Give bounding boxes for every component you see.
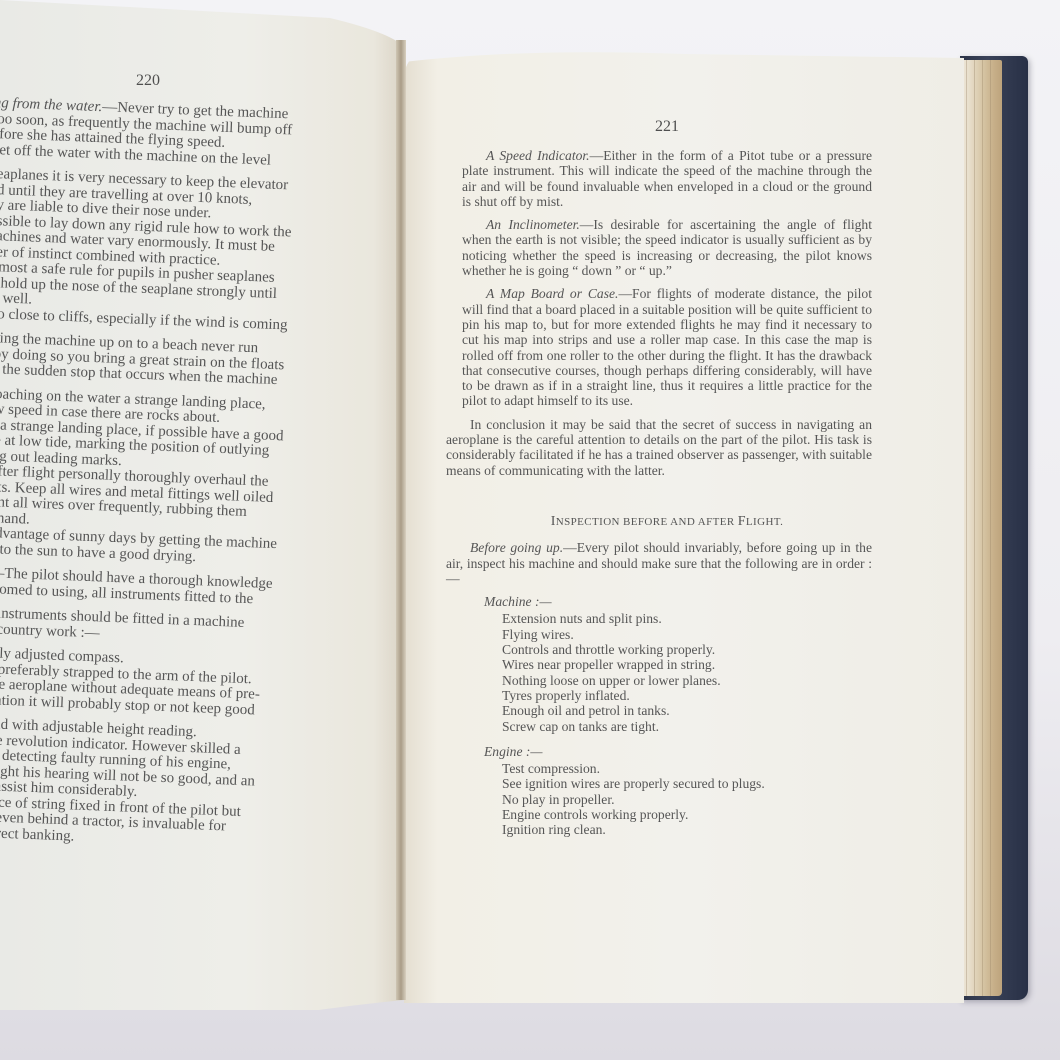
checklist-item: Tyres properly inflated. bbox=[502, 688, 872, 703]
checklist-item: Flying wires. bbox=[502, 627, 872, 642]
paragraph-before-going-up: Before going up.—Every pilot should inva… bbox=[446, 540, 872, 586]
right-page-number: 221 bbox=[655, 118, 679, 136]
heading-text: LIGHT. bbox=[746, 516, 783, 528]
right-page-text: A Speed Indicator.—Either in the form of… bbox=[462, 148, 872, 838]
engine-checklist: Test compression. See ignition wires are… bbox=[462, 761, 872, 837]
heading-text: NSPECTION BEFORE AND AFTER bbox=[556, 516, 738, 528]
checklist-item: See ignition wires are properly secured … bbox=[502, 776, 872, 791]
machine-heading: Machine :— bbox=[484, 594, 872, 609]
paragraph-lead: A Map Board or Case. bbox=[486, 286, 618, 301]
book-gutter bbox=[396, 40, 406, 1000]
checklist-item: Engine controls working properly. bbox=[502, 807, 872, 822]
paragraph-conclusion: In conclusion it may be said that the se… bbox=[446, 417, 872, 478]
paragraph-body: In conclusion it may be said that the se… bbox=[446, 417, 872, 478]
paragraph-lead: A Speed Indicator. bbox=[486, 148, 590, 163]
heading-initial: F bbox=[738, 514, 746, 529]
checklist-item: Controls and throttle working properly. bbox=[502, 642, 872, 657]
section-heading: INSPECTION BEFORE AND AFTER FLIGHT. bbox=[462, 514, 872, 530]
checklist-item: Wires near propeller wrapped in string. bbox=[502, 657, 872, 672]
checklist-item: Ignition ring clean. bbox=[502, 822, 872, 837]
paragraph-inclinometer: An Inclinometer.—Is desirable for ascert… bbox=[462, 217, 872, 278]
checklist-item: Enough oil and petrol in tanks. bbox=[502, 703, 872, 718]
book-photo: 220 ng from the water.—Never try to get … bbox=[0, 0, 1060, 1060]
paragraph-speed-indicator: A Speed Indicator.—Either in the form of… bbox=[462, 148, 872, 209]
paragraph-map-board: A Map Board or Case.—For flights of mode… bbox=[462, 286, 872, 408]
checklist-item: Screw cap on tanks are tight. bbox=[502, 719, 872, 734]
paragraph-body: —For flights of moderate distance, the p… bbox=[462, 286, 872, 408]
checklist-item: Nothing loose on upper or lower planes. bbox=[502, 673, 872, 688]
checklist-item: No play in propeller. bbox=[502, 792, 872, 807]
checklist-item: Extension nuts and split pins. bbox=[502, 611, 872, 626]
paragraph-lead: An Inclinometer. bbox=[486, 217, 580, 232]
page-edges bbox=[958, 60, 1002, 996]
left-page-text: ng from the water.—Never try to get the … bbox=[0, 96, 354, 854]
checklist-item: Test compression. bbox=[502, 761, 872, 776]
paragraph-lead: Before going up. bbox=[470, 540, 563, 555]
left-page-number: 220 bbox=[136, 72, 160, 90]
engine-heading: Engine :— bbox=[484, 744, 872, 759]
machine-checklist: Extension nuts and split pins. Flying wi… bbox=[462, 611, 872, 733]
